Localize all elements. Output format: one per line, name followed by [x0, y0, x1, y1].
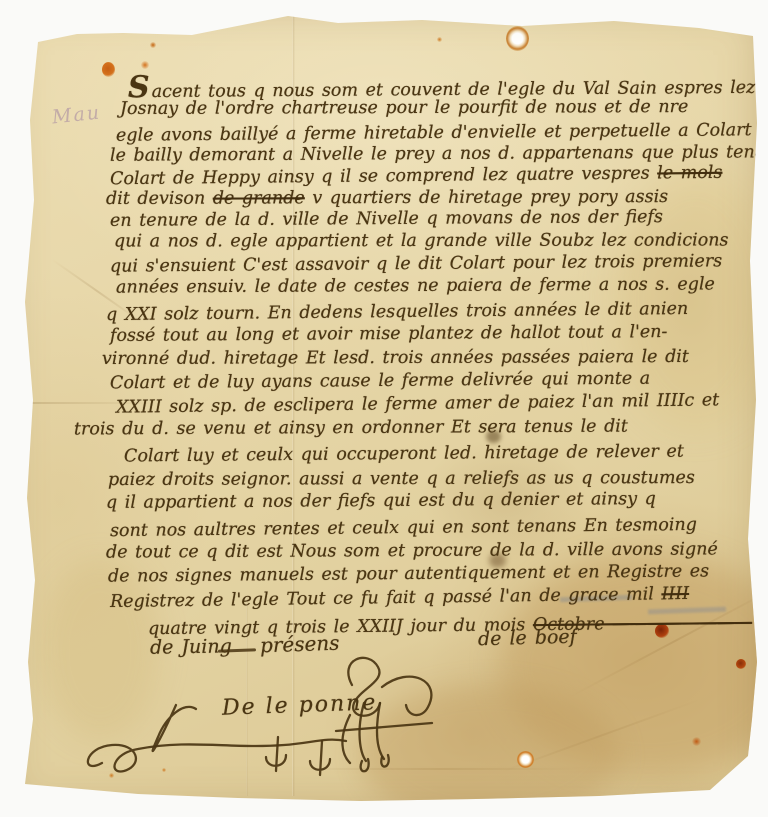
manuscript-line: de tout ce q dit est Nous som et procure… — [106, 539, 718, 562]
signature-swash — [382, 677, 431, 715]
manuscript-line: qui s'ensuient C'est assavoir q le dit C… — [110, 251, 722, 276]
manuscript-line: trois du d. se venu et ainsy en ordonner… — [74, 417, 628, 440]
signature-knot — [342, 715, 350, 763]
pencil-note: Mau — [51, 101, 102, 128]
signature-flourish — [60, 645, 490, 785]
line-text: paiez droits seignor. aussi a vente q a … — [108, 468, 695, 490]
manuscript-line: quatre vingt q trois le XXIIJ jour du mo… — [148, 613, 752, 639]
ink-spot — [102, 62, 115, 77]
scan-background: Mau Sacent tous q nous som et couvent de… — [0, 0, 768, 817]
line-text: dit devison — [106, 189, 213, 209]
manuscript-line: en tenure de la d. ville de Nivelle q mo… — [110, 207, 663, 231]
manuscript-line: vironné dud. hiretage Et lesd. trois ann… — [102, 347, 689, 369]
manuscript-line: q XXI solz tourn. En dedens lesquelles t… — [106, 299, 688, 325]
rust-spot — [749, 761, 759, 772]
line-text: qui s'ensuient C'est assavoir q le dit C… — [110, 251, 722, 276]
manuscript-line: Colart et de luy ayans cause le ferme de… — [110, 369, 650, 394]
manuscript-line: sont nos aultres rentes et ceulx qui en … — [110, 515, 697, 541]
line-text: v quartiers de hiretage prey pory assis — [305, 187, 668, 208]
line-text: Colart et de luy ayans cause le ferme de… — [110, 369, 650, 394]
manuscript-line: dit devison de grande v quartiers de hir… — [106, 187, 668, 209]
manuscript-line: XXIII solz sp. de esclipera le ferme ame… — [116, 390, 719, 417]
signature-knot — [377, 703, 384, 759]
signature-underline — [88, 740, 346, 772]
manuscript-line: le bailly demorant a Nivelle le prey a n… — [110, 142, 768, 166]
ink-spot — [437, 37, 442, 42]
signature-phi-mark — [310, 741, 330, 775]
line-text: de tout ce q dit est Nous som et procure… — [106, 539, 718, 562]
line-text: q il appartient a nos der fiefs qui est … — [106, 489, 656, 513]
line-text: vironné dud. hiretage Et lesd. trois ann… — [102, 347, 689, 369]
closing-signer: de le boef — [478, 627, 577, 650]
struck-text: IIII — [661, 584, 689, 604]
line-text: le bailly demorant a Nivelle le prey a n… — [110, 142, 768, 166]
manuscript-line: Colart de Heppy ainsy q il se comprend l… — [110, 163, 723, 189]
signature-knot — [381, 755, 388, 767]
ink-spot — [150, 42, 156, 48]
manuscript-line: paiez droits seignor. aussi a vente q a … — [108, 468, 695, 490]
manuscript-paper: Mau Sacent tous q nous som et couvent de… — [0, 0, 768, 817]
manuscript-line: q il appartient a nos der fiefs qui est … — [106, 489, 656, 513]
struck-text: de grande — [213, 188, 305, 208]
ink-spot — [141, 61, 149, 69]
ink-spot — [9, 30, 15, 37]
line-text: trois du d. se venu et ainsy en ordonner… — [74, 417, 628, 440]
rust-spot — [736, 659, 746, 669]
line-text: XXIII solz sp. de esclipera le ferme ame… — [116, 390, 719, 417]
manuscript-line: Registrez de l'egle Tout ce fu fait q pa… — [110, 584, 689, 612]
line-text: sont nos aultres rentes et ceulx qui en … — [110, 515, 697, 541]
ring-stain — [506, 26, 529, 51]
signature-phi-mark — [266, 737, 286, 771]
manuscript-line: Josnay de l'ordre chartreuse pour le pou… — [120, 97, 688, 119]
line-text: qui a nos d. egle appartient et la grand… — [114, 230, 729, 251]
manuscript-line: qui a nos d. egle appartient et la grand… — [114, 230, 729, 251]
signature-crossbar — [336, 723, 432, 731]
line-text: en tenure de la d. ville de Nivelle q mo… — [110, 207, 663, 231]
struck-text: le mols — [657, 163, 722, 184]
manuscript-line: fossé tout au long et avoir mise plantez… — [110, 322, 668, 346]
ring-stain — [517, 751, 534, 768]
signature-knot — [360, 703, 366, 761]
line-text: Colart luy et ceulx qui occuperont led. … — [124, 442, 684, 467]
line-text: de nos signes manuels est pour autentiqu… — [108, 561, 709, 586]
rust-spot — [692, 737, 701, 746]
manuscript-line: Colart luy et ceulx qui occuperont led. … — [124, 442, 684, 467]
manuscript-line: de nos signes manuels est pour autentiqu… — [108, 561, 709, 586]
line-text: Colart de Heppy ainsy q il se comprend l… — [110, 163, 657, 189]
line-text: années ensuiv. le date de cestes ne paie… — [116, 274, 715, 297]
ink-spot — [2, 83, 9, 90]
line-text: q XXI solz tourn. En dedens lesquelles t… — [106, 299, 688, 325]
signature-knot — [348, 658, 380, 716]
manuscript-line: années ensuiv. le date de cestes ne paie… — [116, 274, 715, 297]
fold-crease — [501, 699, 699, 773]
line-text: Registrez de l'egle Tout ce fu fait q pa… — [110, 584, 662, 612]
line-text: Josnay de l'ordre chartreuse pour le pou… — [120, 97, 688, 119]
line-text: fossé tout au long et avoir mise plantez… — [110, 322, 668, 346]
